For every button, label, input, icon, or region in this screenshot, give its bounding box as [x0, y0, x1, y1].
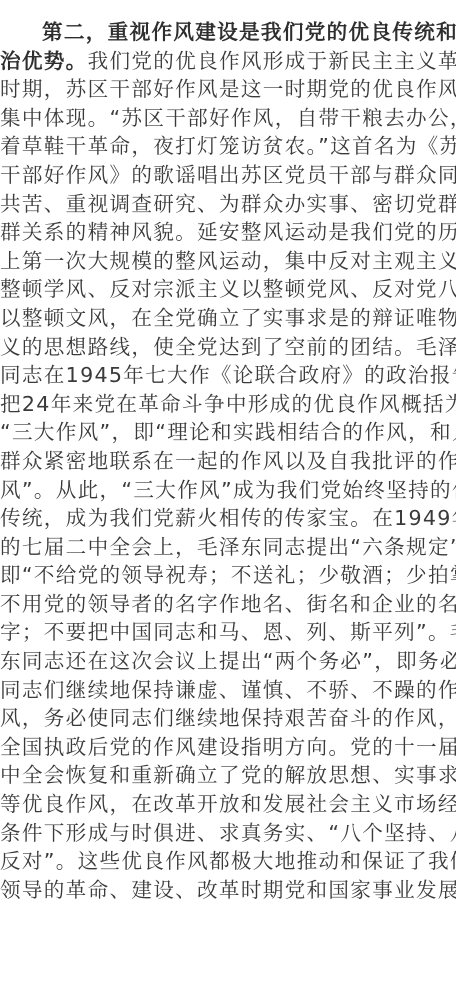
text-line: 东同志还在这次会议上提出“两个务必”，即务必使 — [0, 647, 456, 676]
text-line: 传统，成为我们党薪火相传的传家宝。在1949年党 — [0, 504, 456, 533]
body-text: 干部好作风》的歌谣唱出苏区党员干部与群众同甘 — [0, 163, 456, 187]
body-text: 反对”。这些优良作风都极大地推动和保证了我们党 — [0, 849, 456, 873]
text-line: 集中体现。“苏区干部好作风，自带干粮去办公，日 — [0, 104, 456, 133]
text-line: 风，务必使同志们继续地保持艰苦奋斗的作风，为 — [0, 704, 456, 733]
body-text: 传统，成为我们党薪火相传的传家宝。在1949年党 — [0, 506, 456, 530]
body-text: 时期，苏区干部好作风是这一时期党的优良作风的 — [0, 77, 456, 101]
text-line: 字；不要把中国同志和马、恩、列、斯平列”。毛泽 — [0, 618, 456, 647]
article-body: 第二，重视作风建设是我们党的优良传统和政治优势。我们党的优良作风形成于新民主主义… — [0, 0, 456, 904]
text-line: 上第一次大规模的整风运动，集中反对主观主义以 — [0, 247, 456, 276]
text-line: 治优势。我们党的优良作风形成于新民主主义革命 — [0, 47, 456, 76]
body-text: 着草鞋干革命，夜打灯笼访贫农。”这首名为《苏区 — [0, 134, 456, 158]
body-text: 把24年来党在革命斗争中形成的优良作风概括为 — [0, 392, 456, 416]
text-line: 等优良作风，在改革开放和发展社会主义市场经济 — [0, 790, 456, 819]
body-text: 不用党的领导者的名字作地名、街名和企业的名 — [0, 592, 456, 616]
body-text: 东同志还在这次会议上提出“两个务必”，即务必使 — [0, 649, 456, 673]
text-line: 即“不给党的领导祝寿；不送礼；少敬酒；少拍掌； — [0, 561, 456, 590]
text-line: 的七届二中全会上，毛泽东同志提出“六条规定”， — [0, 533, 456, 562]
text-line: 风”。从此，“三大作风”成为我们党始终坚持的优良 — [0, 476, 456, 505]
body-text: 风，务必使同志们继续地保持艰苦奋斗的作风，为 — [0, 706, 456, 730]
text-line: “三大作风”，即“理论和实践相结合的作风，和人民 — [0, 418, 456, 447]
body-text: 上第一次大规模的整风运动，集中反对主观主义以 — [0, 249, 456, 273]
body-text: 整顿学风、反对宗派主义以整顿党风、反对党八股 — [0, 277, 456, 301]
body-text: 群众紧密地联系在一起的作风以及自我批评的作 — [0, 449, 456, 473]
body-text: 同志们继续地保持谦虚、谨慎、不骄、不躁的作 — [0, 678, 456, 702]
body-text: 等优良作风，在改革开放和发展社会主义市场经济 — [0, 792, 456, 816]
text-line: 干部好作风》的歌谣唱出苏区党员干部与群众同甘 — [0, 161, 456, 190]
bold-lead-text: 治优势。 — [0, 49, 88, 73]
text-line: 时期，苏区干部好作风是这一时期党的优良作风的 — [0, 75, 456, 104]
text-line: 义的思想路线，使全党达到了空前的团结。毛泽东 — [0, 333, 456, 362]
paragraph: 第二，重视作风建设是我们党的优良传统和政治优势。我们党的优良作风形成于新民主主义… — [0, 18, 456, 904]
text-line: 领导的革命、建设、改革时期党和国家事业发展。 — [0, 876, 456, 905]
text-line: 共苦、重视调查研究、为群众办实事、密切党群干 — [0, 190, 456, 219]
text-line: 全国执政后党的作风建设指明方向。党的十一届三 — [0, 733, 456, 762]
body-text: 字；不要把中国同志和马、恩、列、斯平列”。毛泽 — [0, 620, 456, 644]
text-line: 第二，重视作风建设是我们党的优良传统和政 — [0, 18, 456, 47]
text-line: 中全会恢复和重新确立了党的解放思想、实事求是 — [0, 761, 456, 790]
text-line: 着草鞋干革命，夜打灯笼访贫农。”这首名为《苏区 — [0, 132, 456, 161]
body-text: 同志在1945年七大作《论联合政府》的政治报告中 — [0, 363, 456, 387]
body-text: 我们党的优良作风形成于新民主主义革命 — [88, 49, 456, 73]
body-text: 以整顿文风，在全党确立了实事求是的辩证唯物主 — [0, 306, 456, 330]
body-text: 风”。从此，“三大作风”成为我们党始终坚持的优良 — [0, 478, 456, 502]
body-text: 即“不给党的领导祝寿；不送礼；少敬酒；少拍掌； — [0, 563, 456, 587]
body-text: 集中体现。“苏区干部好作风，自带干粮去办公，日 — [0, 106, 456, 130]
body-text: 共苦、重视调查研究、为群众办实事、密切党群干 — [0, 192, 456, 216]
body-text: 义的思想路线，使全党达到了空前的团结。毛泽东 — [0, 335, 456, 359]
body-text: 的七届二中全会上，毛泽东同志提出“六条规定”， — [0, 535, 456, 559]
text-line: 整顿学风、反对宗派主义以整顿党风、反对党八股 — [0, 275, 456, 304]
text-line: 把24年来党在革命斗争中形成的优良作风概括为 — [0, 390, 456, 419]
text-line: 以整顿文风，在全党确立了实事求是的辩证唯物主 — [0, 304, 456, 333]
text-line: 群关系的精神风貌。延安整风运动是我们党的历史 — [0, 218, 456, 247]
body-text: 全国执政后党的作风建设指明方向。党的十一届三 — [0, 735, 456, 759]
text-line: 群众紧密地联系在一起的作风以及自我批评的作 — [0, 447, 456, 476]
body-text: 中全会恢复和重新确立了党的解放思想、实事求是 — [0, 763, 456, 787]
body-text: “三大作风”，即“理论和实践相结合的作风，和人民 — [0, 420, 456, 444]
text-line: 不用党的领导者的名字作地名、街名和企业的名 — [0, 590, 456, 619]
body-text: 领导的革命、建设、改革时期党和国家事业发展。 — [0, 878, 456, 902]
bold-lead-text: 第二，重视作风建设是我们党的优良传统和政 — [42, 20, 456, 44]
body-text: 条件下形成与时俱进、求真务实、“八个坚持、八个 — [0, 821, 456, 845]
text-line: 条件下形成与时俱进、求真务实、“八个坚持、八个 — [0, 819, 456, 848]
body-text: 群关系的精神风貌。延安整风运动是我们党的历史 — [0, 220, 456, 244]
text-line: 反对”。这些优良作风都极大地推动和保证了我们党 — [0, 847, 456, 876]
text-line: 同志们继续地保持谦虚、谨慎、不骄、不躁的作 — [0, 676, 456, 705]
text-line: 同志在1945年七大作《论联合政府》的政治报告中 — [0, 361, 456, 390]
